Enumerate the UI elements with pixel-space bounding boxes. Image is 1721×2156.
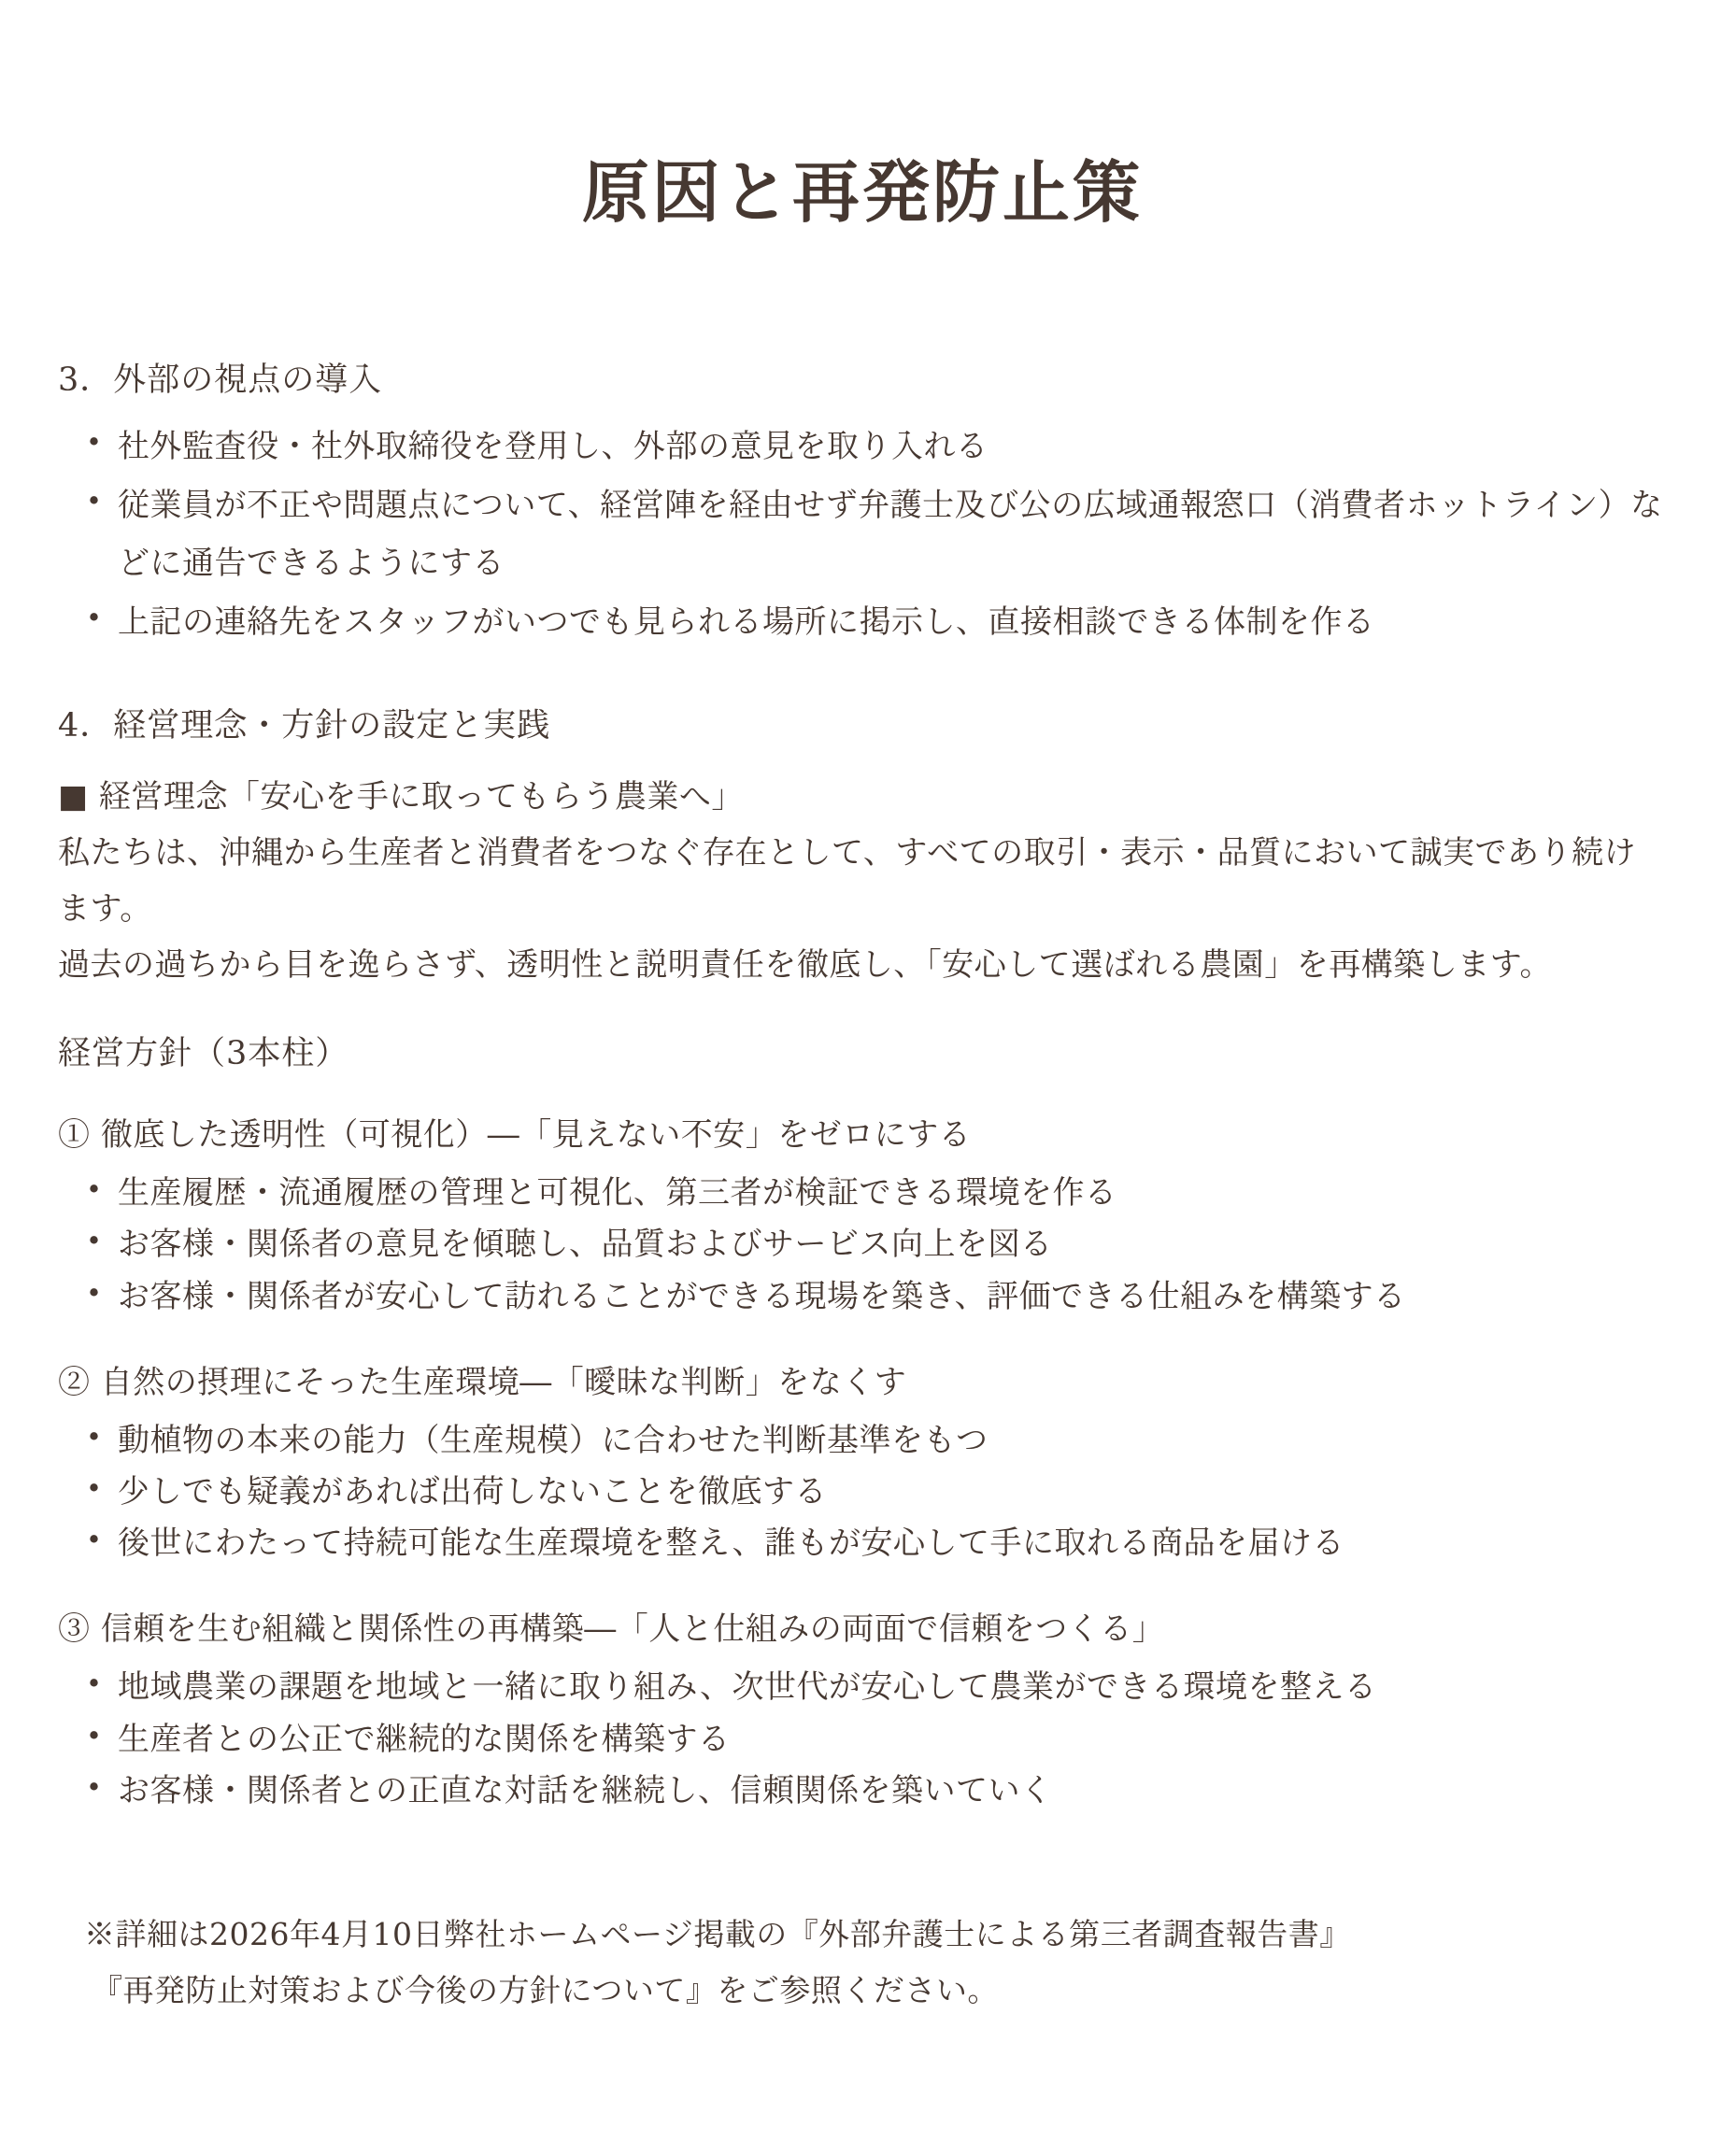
footnote-line: ※詳細は2026年4月10日弊社ホームページ掲載の『外部弁護士による第三者調査報… <box>84 1907 1667 1963</box>
pillar-2-bullet-list: 動植物の本来の能力（生産規模）に合わせた判断基準をもつ 少しでも疑義があれば出荷… <box>58 1415 1667 1569</box>
section-3-heading: 3．外部の視点の導入 <box>58 361 1667 402</box>
document-page: 原因と再発防止策 3．外部の視点の導入 社外監査役・社外取締役を登用し、外部の意… <box>0 0 1721 2156</box>
policy-pillar-1: ① 徹底した透明性（可視化）―「見えない不安」をゼロにする 生産履歴・流通履歴の… <box>58 1113 1667 1323</box>
principle-heading: ■ 経営理念「安心を手に取ってもらう農業へ」 <box>58 771 1667 825</box>
list-item: 生産履歴・流通履歴の管理と可視化、第三者が検証できる環境を作る <box>118 1168 1667 1219</box>
philosophy-paragraph: 私たちは、沖縄から生産者と消費者をつなぐ存在として、すべての取引・表示・品質にお… <box>58 825 1667 937</box>
list-item: 地域農業の課題を地域と一緒に取り組み、次世代が安心して農業ができる環境を整える <box>118 1662 1667 1713</box>
philosophy-paragraph: 過去の過ちから目を逸らさず、透明性と説明責任を徹底し、「安心して選ばれる農園」を… <box>58 937 1667 993</box>
footnote: ※詳細は2026年4月10日弊社ホームページ掲載の『外部弁護士による第三者調査報… <box>84 1907 1667 2019</box>
section-management-philosophy: 4．経営理念・方針の設定と実践 ■ 経営理念「安心を手に取ってもらう農業へ」 私… <box>58 706 1667 1817</box>
pillar-1-bullet-list: 生産履歴・流通履歴の管理と可視化、第三者が検証できる環境を作る お客様・関係者の… <box>58 1168 1667 1322</box>
pillar-1-heading: ① 徹底した透明性（可視化）―「見えない不安」をゼロにする <box>58 1113 1667 1158</box>
list-item: お客様・関係者の意見を傾聴し、品質およびサービス向上を図る <box>118 1219 1667 1270</box>
list-item: 生産者との公正で継続的な関係を構築する <box>118 1714 1667 1766</box>
list-item: 動植物の本来の能力（生産規模）に合わせた判断基準をもつ <box>118 1415 1667 1467</box>
list-item: 少しでも疑義があれば出荷しないことを徹底する <box>118 1467 1667 1518</box>
pillar-3-heading: ③ 信頼を生む組織と関係性の再構築―「人と仕組みの両面で信頼をつくる」 <box>58 1607 1667 1652</box>
list-item: お客様・関係者が安心して訪れることができる現場を築き、評価できる仕組みを構築する <box>118 1271 1667 1323</box>
footnote-line: 『再発防止対策および今後の方針について』をご参照ください。 <box>92 1963 1667 2019</box>
list-item: 従業員が不正や問題点について、経営陣を経由せず弁護士及び公の広域通報窓口（消費者… <box>118 476 1667 593</box>
section-external-perspective: 3．外部の視点の導入 社外監査役・社外取締役を登用し、外部の意見を取り入れる 従… <box>58 361 1667 652</box>
section-4-heading: 4．経営理念・方針の設定と実践 <box>58 706 1667 747</box>
section-3-bullet-list: 社外監査役・社外取締役を登用し、外部の意見を取り入れる 従業員が不正や問題点につ… <box>58 418 1667 651</box>
page-title: 原因と再発防止策 <box>58 157 1667 228</box>
list-item: 社外監査役・社外取締役を登用し、外部の意見を取り入れる <box>118 418 1667 476</box>
policy-pillar-3: ③ 信頼を生む組織と関係性の再構築―「人と仕組みの両面で信頼をつくる」 地域農業… <box>58 1607 1667 1817</box>
policy-pillar-2: ② 自然の摂理にそった生産環境―「曖昧な判断」をなくす 動植物の本来の能力（生産… <box>58 1360 1667 1570</box>
pillar-2-heading: ② 自然の摂理にそった生産環境―「曖昧な判断」をなくす <box>58 1360 1667 1406</box>
pillar-3-bullet-list: 地域農業の課題を地域と一緒に取り組み、次世代が安心して農業ができる環境を整える … <box>58 1662 1667 1816</box>
list-item: お客様・関係者との正直な対話を継続し、信頼関係を築いていく <box>118 1766 1667 1817</box>
policy-heading: 経営方針（3本柱） <box>58 1033 1667 1076</box>
list-item: 後世にわたって持続可能な生産環境を整え、誰もが安心して手に取れる商品を届ける <box>118 1518 1667 1569</box>
list-item: 上記の連絡先をスタッフがいつでも見られる場所に掲示し、直接相談できる体制を作る <box>118 593 1667 652</box>
